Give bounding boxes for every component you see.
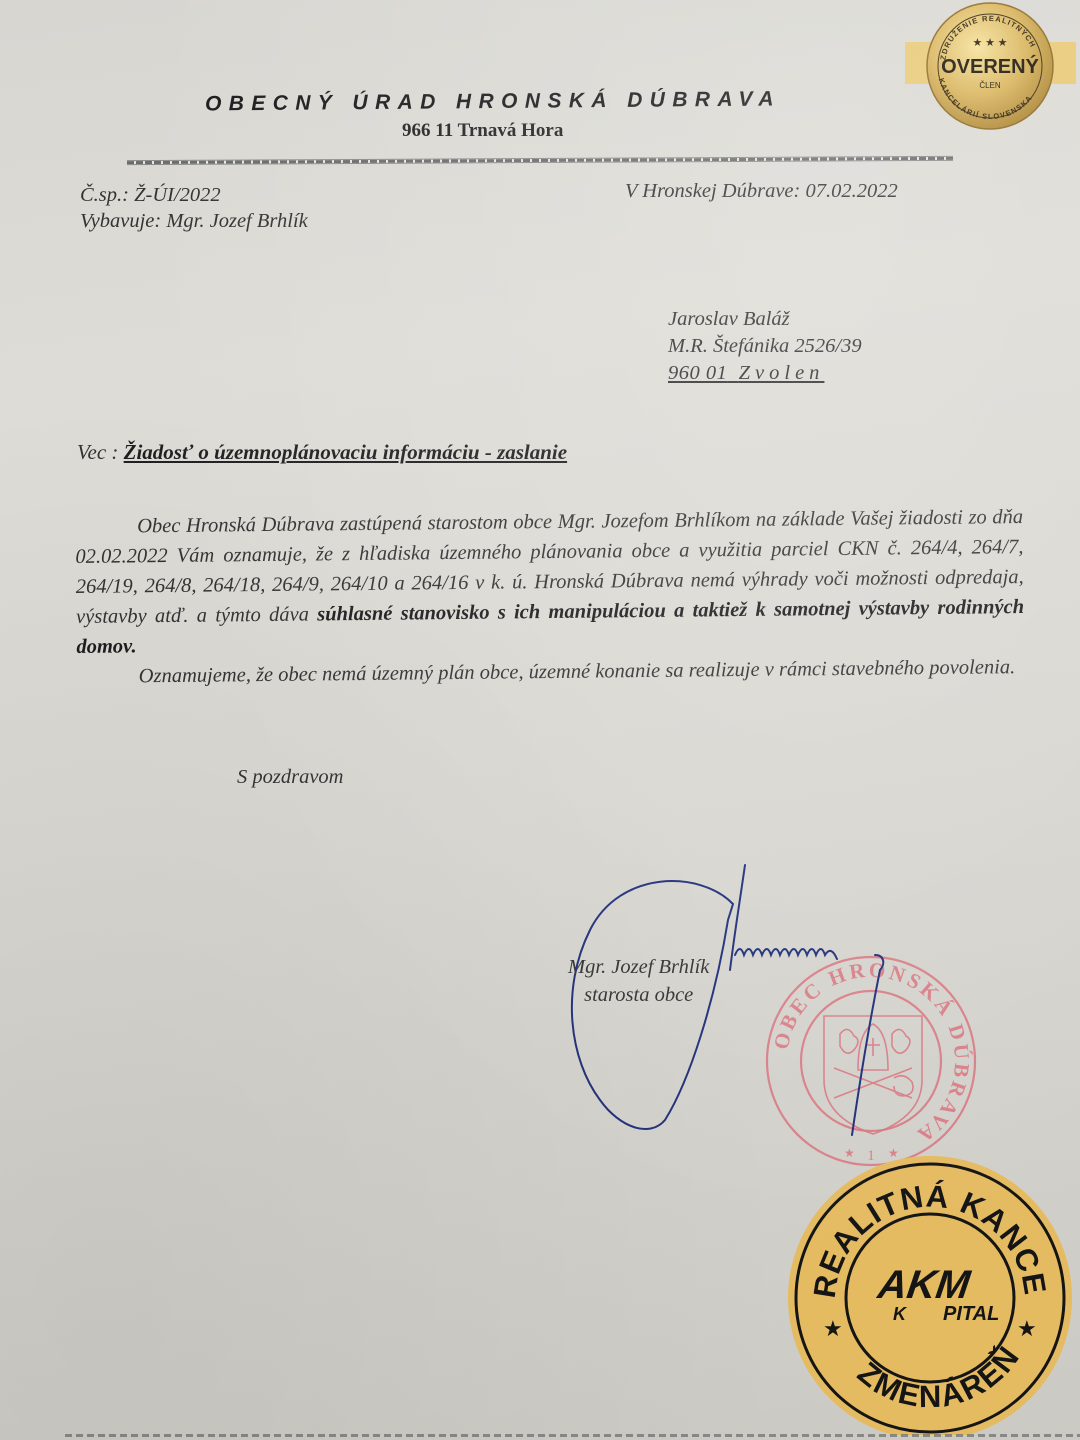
svg-text:AKM: AKM: [874, 1262, 974, 1307]
official-municipal-stamp: OBEC HRONSKÁ DÚBRAVA 1 ★ ★: [762, 952, 980, 1170]
recipient-postal-code: 960 01: [668, 362, 727, 384]
subject-label: Vec :: [77, 440, 118, 464]
subject-text: Žiadosť o územnoplánovaciu informáciu - …: [124, 440, 567, 464]
recipient-city-line: 960 01 Zvolen: [668, 360, 862, 387]
office-name: OBECNÝ ÚRAD HRONSKÁ DÚBRAVA: [205, 87, 781, 116]
header-separator: [127, 156, 953, 165]
akm-kapital-badge: REALITNÁ KANCELÁRIA ZMENÁREŇ ★ ★ AKM K P…: [785, 1150, 1075, 1435]
badge-main-text: OVERENÝ: [941, 54, 1039, 78]
closing-salutation: S pozdravom: [237, 766, 343, 789]
coat-of-arms-icon: [824, 1016, 922, 1134]
recipient-city: Zvolen: [739, 362, 825, 384]
bleed-through-dashes: [65, 1434, 1080, 1437]
badge-sub-text: ČLEN: [979, 81, 1001, 90]
svg-text:★: ★: [823, 1316, 843, 1341]
signatory-title: starosta obce: [568, 981, 709, 1009]
reference-number: Č.sp.: Ž-ÚI/2022: [80, 184, 221, 207]
letter-body: Obec Hronská Dúbrava zastúpená starostom…: [75, 502, 1025, 692]
handled-by: Vybavuje: Mgr. Jozef Brhlík: [80, 210, 308, 233]
place-and-date: V Hronskej Dúbrave: 07.02.2022: [625, 180, 898, 203]
verified-member-badge: ZDRUŽENIE REALITNÝCH ★ ★ ★ OVERENÝ ČLEN …: [903, 0, 1078, 135]
signatory-name: Mgr. Jozef Brhlík: [568, 953, 709, 981]
letter-page: OBECNÝ ÚRAD HRONSKÁ DÚBRAVA 966 11 Trnav…: [0, 0, 1080, 1440]
signatory-block: Mgr. Jozef Brhlík starosta obce: [568, 953, 709, 1009]
svg-text:★: ★: [1017, 1316, 1037, 1341]
recipient-street: M.R. Štefánika 2526/39: [668, 333, 862, 360]
badge-stars: ★ ★ ★: [972, 37, 1007, 49]
svg-text:PITAL: PITAL: [943, 1303, 999, 1325]
subject-line: Vec : Žiadosť o územnoplánovaciu informá…: [77, 440, 567, 465]
recipient-name: Jaroslav Baláž: [668, 306, 862, 333]
office-address: 966 11 Trnavá Hora: [402, 120, 563, 142]
recipient-address: Jaroslav Baláž M.R. Štefánika 2526/39 96…: [668, 306, 862, 387]
body-paragraph-1: Obec Hronská Dúbrava zastúpená starostom…: [75, 502, 1025, 662]
svg-text:K: K: [893, 1304, 908, 1324]
